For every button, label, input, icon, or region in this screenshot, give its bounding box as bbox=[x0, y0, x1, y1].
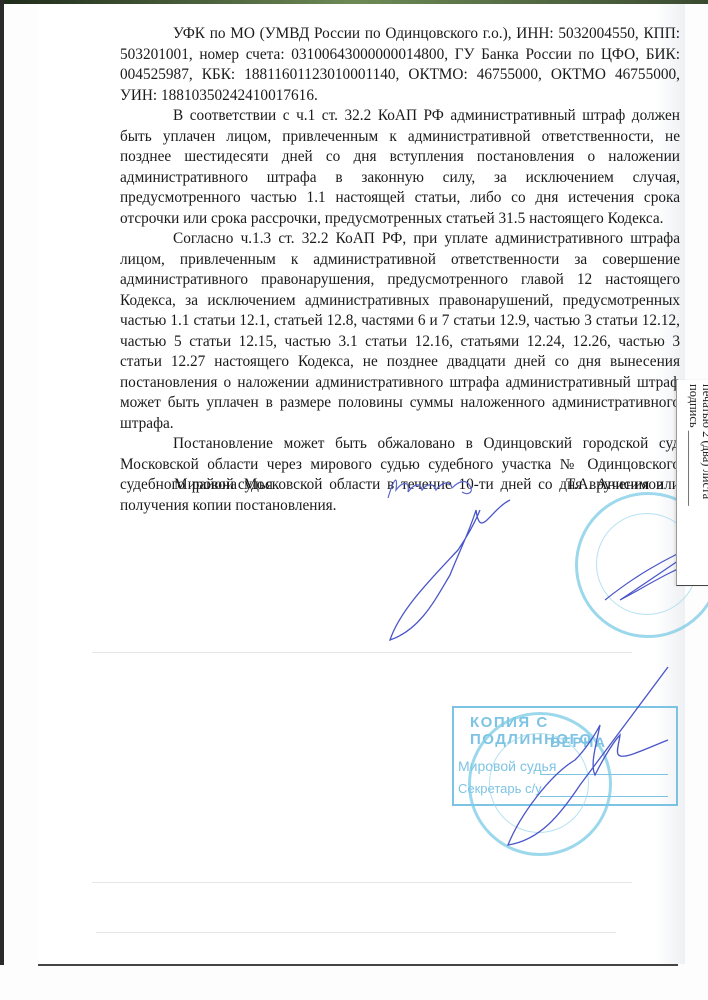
discount-payment-paragraph: Согласно ч.1.3 ст. 32.2 КоАП РФ, при упл… bbox=[120, 229, 680, 434]
bleed-through-line bbox=[96, 932, 616, 933]
binding-label: пронумеровано и скреплено печатью 2 (два… bbox=[676, 380, 708, 586]
document-body: УФК по МО (УМВД России по Одинцовского г… bbox=[120, 24, 680, 516]
judge-title: Мировой судья bbox=[174, 476, 273, 494]
binding-label-line-3: подпись ____________ bbox=[687, 384, 700, 534]
binding-label-line-2: печатью 2 (два) листа bbox=[700, 384, 708, 534]
payment-details-paragraph: УФК по МО (УМВД России по Одинцовского г… bbox=[120, 24, 680, 106]
bleed-through-line bbox=[92, 882, 632, 883]
scan-border-left bbox=[0, 0, 4, 965]
judge-signature-icon bbox=[380, 480, 520, 645]
bleed-through-line bbox=[92, 652, 632, 653]
certification-signature-icon bbox=[500, 665, 670, 850]
payment-deadline-paragraph: В соответствии с ч.1 ст. 32.2 КоАП РФ ад… bbox=[120, 106, 680, 229]
